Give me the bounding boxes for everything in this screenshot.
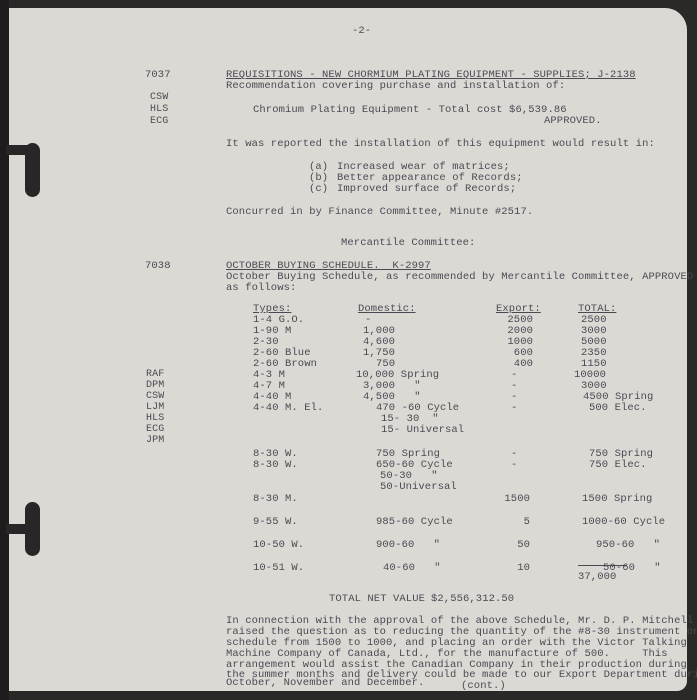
minute-number-7037: 7037 [145,70,171,81]
result-c-text: Improved surface of Records; [337,184,516,195]
row-9-type: 4-40 M. El. [253,403,323,414]
initials-hls-2: HLS [146,413,164,424]
row-15-export: 10 [470,563,530,574]
item-7037-intro: Recommendation covering purchase and ins… [226,81,565,92]
initials-dpm: DPM [146,380,164,391]
row-14-export: 50 [470,540,530,551]
binder-ring-top [25,143,40,197]
row-9-total: 500 Elec. [589,403,647,414]
row-14-domestic: 900-60 " [376,540,440,551]
row-5-export: 400 [470,359,533,370]
row-12-type: 8-30 M. [253,494,298,505]
row-13-type: 9-55 W. [253,517,298,528]
page-number: -2- [352,26,371,37]
initials-ljm: LJM [146,402,164,413]
row-14-total: 950-60 " [596,540,660,551]
row-12-total: 1500 Spring [582,494,652,505]
row-11-total: 750 Elec. [589,460,647,471]
initials-csw-2: CSW [146,391,164,402]
grand-total: 37,000 [578,572,616,583]
row-9-export: - [511,403,517,414]
initials-csw: CSW [150,92,168,103]
row-11-type: 8-30 W. [253,460,298,471]
initials-hls: HLS [150,104,168,115]
row-13-export: 5 [470,517,530,528]
item-7037-line-item: Chromium Plating Equipment - Total cost … [253,105,567,116]
committee-heading: Mercantile Committee: [341,238,475,249]
item-7038-intro-1: October Buying Schedule, as recommended … [226,272,693,283]
initials-ecg-2: ECG [146,424,164,435]
item-7037-report-intro: It was reported the installation of this… [226,139,655,150]
initials-raf: RAF [146,369,164,380]
item-7037-status: APPROVED. [544,116,602,127]
row-13-domestic: 985-60 Cycle [376,517,453,528]
row-11-domestic-3: 50-Universal [380,482,457,493]
paragraph-line-7: October, November and December. [226,678,424,689]
item-7038-intro-2: as follows: [226,283,296,294]
row-11-export: - [511,460,517,471]
total-net-value-label: TOTAL NET VALUE [329,594,425,605]
initials-ecg: ECG [150,116,168,127]
total-net-value: $2,556,312.50 [431,594,514,605]
row-15-type: 10-51 W. [253,563,304,574]
binder-spine [0,0,9,700]
item-7037-concurrence: Concurred in by Finance Committee, Minut… [226,207,533,218]
row-9-domestic-3: 15- Universal [381,425,464,436]
minute-number-7038: 7038 [145,261,171,272]
initials-jpm: JPM [146,435,164,446]
sum-underline [578,565,627,566]
row-13-total: 1000-60 Cycle [582,517,665,528]
row-12-export: 1500 [470,494,530,505]
binder-ring-bottom [25,502,40,556]
result-c-label: (c) [309,184,328,195]
continued-marker: (cont.) [461,681,506,692]
row-14-type: 10-50 W. [253,540,304,551]
row-15-domestic: 40-60 " [383,563,441,574]
